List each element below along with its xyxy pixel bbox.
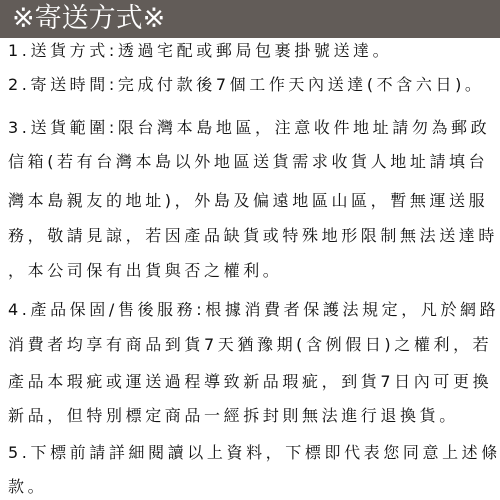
policy-line-10: 產品本瑕疵或運送過程導致新品瑕疵，到貨7日內可更換 bbox=[8, 372, 492, 392]
policy-line-11: 新品，但特別標定商品一經拆封則無法進行退換貨。 bbox=[8, 406, 459, 426]
policy-line-6: 務，敬請見諒，若因產品缺貨或特殊地形限制無法送達時 bbox=[8, 226, 498, 246]
policy-line-7: ，本公司保有出貨與否之權利。 bbox=[8, 261, 282, 281]
policy-line-2: 2.寄送時間:完成付款後7個工作天內送達(不含六日)。 bbox=[8, 75, 485, 95]
policy-line-12: 5.下標前請詳細閱讀以上資料，下標即代表您同意上述條 bbox=[8, 443, 500, 463]
section-header: ※寄送方式※ bbox=[0, 0, 500, 38]
policy-line-4: 信箱(若有台灣本島以外地區送貨需求收貨人地址請填台 bbox=[8, 152, 488, 172]
policy-line-9: 消費者均享有商品到貨7天猶豫期(含例假日)之權利，若 bbox=[8, 335, 492, 355]
policy-line-1: 1.送貨方式:透過宅配或郵局包裹掛號送達。 bbox=[8, 41, 392, 61]
policy-line-5: 灣本島親友的地址)，外島及偏遠地區山區，暫無運送服 bbox=[8, 191, 488, 211]
policy-line-3: 3.送貨範圍:限台灣本島地區，注意收件地址請勿為郵政 bbox=[8, 118, 490, 138]
policy-line-8: 4.產品保固/售後服務:根據消費者保護法規定，凡於網路 bbox=[8, 300, 499, 320]
policy-line-13: 款。 bbox=[8, 477, 47, 497]
section-title: ※寄送方式※ bbox=[12, 3, 165, 35]
